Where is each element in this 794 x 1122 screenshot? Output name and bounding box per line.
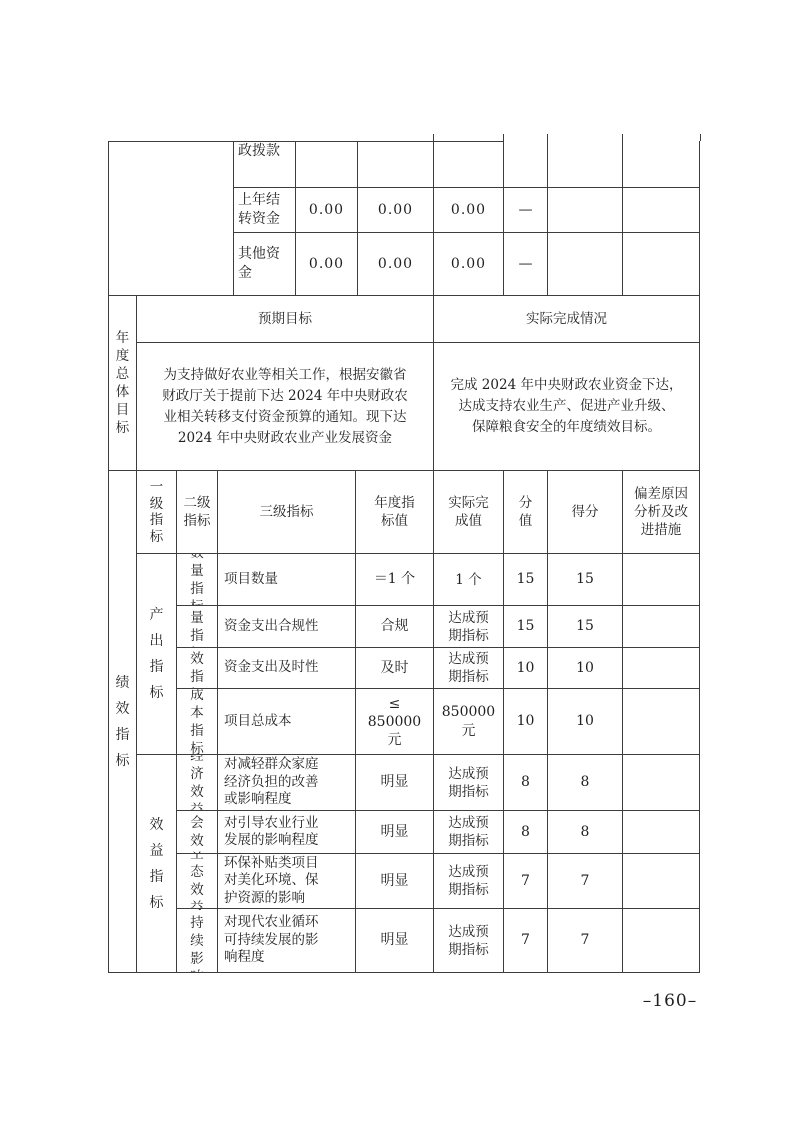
indicator-level3: 资金支出合规性 — [217, 605, 355, 647]
indicator-level2: 生态效益 — [176, 853, 217, 908]
header-level3: 三级指标 — [217, 470, 355, 553]
indicator-deviation — [622, 754, 700, 810]
header-score: 分值 — [503, 470, 547, 553]
indicator-earned-score: 7 — [547, 853, 622, 908]
indicator-level2: 时效指标 — [176, 647, 217, 688]
funding-flag-cell: — — [503, 232, 547, 295]
performance-indicators-section: 绩效指标 一级指标 二级指标 三级指标 年度指标值 实际完成值 分值 得分 偏差… — [108, 470, 700, 973]
funding-empty-cell — [622, 187, 700, 232]
expected-goal-text: 为支持做好农业等相关工作，根据安徽省财政厅关于提前下达 2024 年中央财政农业… — [162, 365, 407, 449]
table-cut-line — [700, 134, 701, 141]
indicator-level3: 对引导农业行业发展的影响程度 — [217, 810, 355, 853]
indicator-actual-value: 达成预期指标 — [433, 908, 503, 973]
indicator-deviation — [622, 605, 700, 647]
indicator-score: 10 — [503, 647, 547, 688]
funding-empty-cell — [547, 141, 622, 187]
indicator-level2: 经济效益 — [176, 754, 217, 810]
performance-indicator-section-label: 绩效指标 — [115, 670, 130, 774]
funding-empty-cell — [622, 232, 700, 295]
indicator-level3: 项目总成本 — [217, 688, 355, 754]
actual-completion-text: 完成 2024 年中央财政农业资金下达，达成支持农业生产、促进产业升级、保障粮食… — [451, 375, 683, 438]
indicator-actual-value: 达成预期指标 — [433, 647, 503, 688]
indicator-actual-value: 达成预期指标 — [433, 605, 503, 647]
indicator-level2: 质量指标 — [176, 605, 217, 647]
indicator-earned-score: 10 — [547, 688, 622, 754]
funding-value-cell — [433, 141, 503, 187]
funding-row-label: 其他资金 — [233, 232, 295, 295]
indicator-deviation — [622, 553, 700, 605]
indicator-level2: 可持续影响 — [176, 908, 217, 973]
group-label-output-indicators: 产出指标 — [136, 553, 176, 754]
funding-flag-cell: — — [503, 187, 547, 232]
indicator-actual-value: 达成预期指标 — [433, 810, 503, 853]
funding-value-cell: 0.00 — [433, 187, 503, 232]
indicator-deviation — [622, 647, 700, 688]
indicator-score: 8 — [503, 810, 547, 853]
header-actual-value: 实际完成值 — [433, 470, 503, 553]
actual-completion-header: 实际完成情况 — [433, 295, 700, 342]
indicator-annual-value: ＝1 个 — [355, 553, 433, 605]
funding-value-cell: 0.00 — [295, 187, 357, 232]
indicator-deviation — [622, 688, 700, 754]
indicator-deviation — [622, 908, 700, 973]
indicator-score: 15 — [503, 553, 547, 605]
funding-value-cell — [295, 141, 357, 187]
funding-value-cell — [357, 141, 433, 187]
indicator-earned-score: 8 — [547, 810, 622, 853]
indicator-level3: 对减轻群众家庭经济负担的改善或影响程度 — [217, 754, 355, 810]
indicator-score: 15 — [503, 605, 547, 647]
indicator-level3: 资金支出及时性 — [217, 647, 355, 688]
header-earned-score: 得分 — [547, 470, 622, 553]
performance-indicator-section-label-cell: 绩效指标 — [108, 470, 136, 973]
indicator-level3: 项目数量 — [217, 553, 355, 605]
indicator-actual-value: 1 个 — [433, 553, 503, 605]
indicator-score: 7 — [503, 853, 547, 908]
indicator-level3: 对现代农业循环可持续发展的影响程度 — [217, 908, 355, 973]
annual-goal-label-text: 年度总体目标 — [115, 329, 129, 437]
indicator-actual-value: 850000元 — [433, 688, 503, 754]
table-cut-line — [622, 134, 623, 141]
funding-empty-cell — [622, 141, 700, 187]
funding-value-cell: 0.00 — [357, 232, 433, 295]
header-level1: 一级指标 — [136, 470, 176, 553]
indicator-score: 7 — [503, 908, 547, 973]
indicator-earned-score: 15 — [547, 553, 622, 605]
indicator-level2: 数量指标 — [176, 553, 217, 605]
indicator-score: 8 — [503, 754, 547, 810]
expected-goal-header: 预期目标 — [136, 295, 433, 342]
funding-value-cell: 0.00 — [357, 187, 433, 232]
indicator-earned-score: 7 — [547, 908, 622, 973]
indicator-annual-value: 及时 — [355, 647, 433, 688]
indicator-annual-value: 合规 — [355, 605, 433, 647]
indicator-earned-score: 10 — [547, 647, 622, 688]
funding-empty-cell — [108, 141, 233, 295]
funding-row-label: 政拨款 — [233, 141, 295, 187]
funding-value-cell: 0.00 — [433, 232, 503, 295]
indicator-actual-value: 达成预期指标 — [433, 754, 503, 810]
indicator-annual-value: 明显 — [355, 853, 433, 908]
header-annual-value: 年度指标值 — [355, 470, 433, 553]
indicator-score: 10 — [503, 688, 547, 754]
indicator-earned-score: 8 — [547, 754, 622, 810]
indicator-deviation — [622, 853, 700, 908]
indicator-annual-value: ≤850000元 — [355, 688, 433, 754]
indicator-earned-score: 15 — [547, 605, 622, 647]
annual-goal-row-label: 年度总体目标 — [108, 295, 136, 470]
document-page: 政拨款 上年结转资金 0.00 0.00 0.00 — 其他资金 0.00 0.… — [0, 0, 794, 1122]
table-cut-line — [547, 134, 548, 141]
indicator-level3: 环保补贴类项目对美化环境、保护资源的影响 — [217, 853, 355, 908]
table-cut-line — [503, 134, 504, 141]
indicator-level2: 社会效益 — [176, 810, 217, 853]
funding-table-section: 政拨款 上年结转资金 0.00 0.00 0.00 — 其他资金 0.00 0.… — [108, 141, 700, 295]
header-deviation: 偏差原因分析及改进措施 — [622, 470, 700, 553]
indicator-deviation — [622, 810, 700, 853]
funding-row-label: 上年结转资金 — [233, 187, 295, 232]
indicator-annual-value: 明显 — [355, 908, 433, 973]
header-level2: 二级指标 — [176, 470, 217, 553]
indicator-annual-value: 明显 — [355, 754, 433, 810]
funding-empty-cell — [547, 187, 622, 232]
actual-completion-text-cell: 完成 2024 年中央财政农业资金下达，达成支持农业生产、促进产业升级、保障粮食… — [433, 342, 700, 470]
annual-goal-section: 年度总体目标 预期目标 实际完成情况 为支持做好农业等相关工作，根据安徽省财政厅… — [108, 295, 700, 470]
funding-value-cell: 0.00 — [295, 232, 357, 295]
funding-empty-cell — [547, 232, 622, 295]
indicator-annual-value: 明显 — [355, 810, 433, 853]
group-label-benefit-indicators: 效益指标 — [136, 754, 176, 973]
funding-flag-cell — [503, 141, 547, 187]
table-cut-line — [433, 134, 434, 141]
indicator-actual-value: 达成预期指标 — [433, 853, 503, 908]
expected-goal-text-cell: 为支持做好农业等相关工作，根据安徽省财政厅关于提前下达 2024 年中央财政农业… — [136, 342, 433, 470]
indicator-level2: 成本指标 — [176, 688, 217, 754]
page-number: –160– — [630, 991, 710, 1011]
